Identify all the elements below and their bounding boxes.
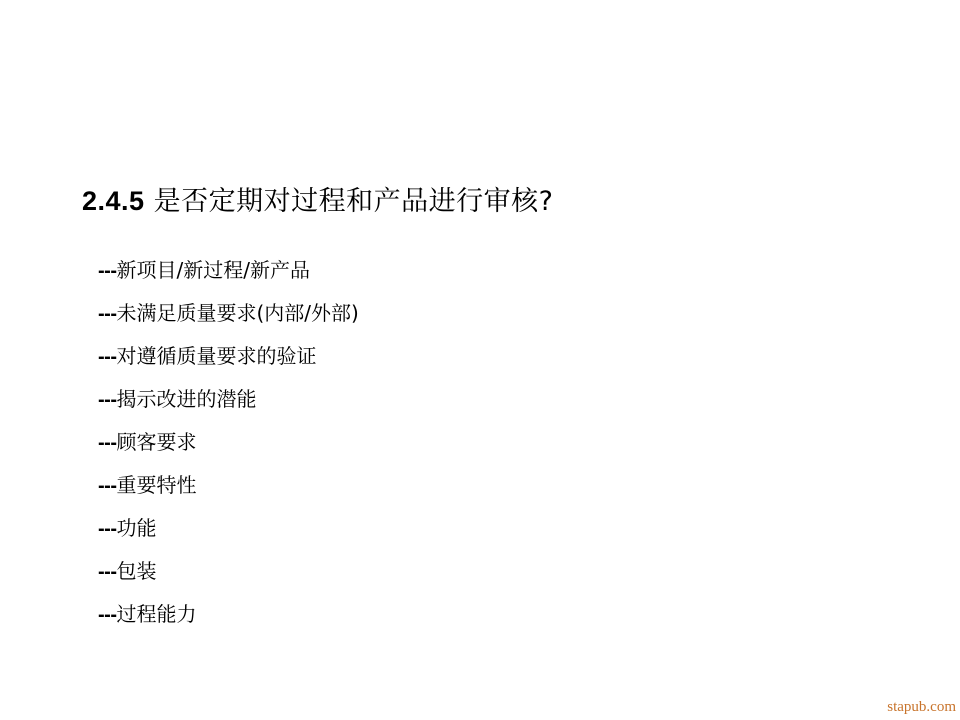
list-item: ---顾客要求 [98,426,359,469]
list-item-label: 新项目/新过程/新产品 [116,258,309,282]
list-item-label: 未满足质量要求(内部/外部) [116,301,358,325]
dash-prefix: --- [98,389,116,411]
list-item-label: 顾客要求 [116,430,196,454]
dash-prefix: --- [98,303,116,325]
dash-prefix: --- [98,518,116,540]
list-item: ---过程能力 [98,598,359,641]
list-item: ---对遵循质量要求的验证 [98,340,359,383]
list-item: ---未满足质量要求(内部/外部) [98,297,359,340]
dash-prefix: --- [98,561,116,583]
watermark: stapub.com [887,699,956,716]
dash-prefix: --- [98,346,116,368]
list-item: ---包装 [98,555,359,598]
dash-prefix: --- [98,604,116,626]
list-item-label: 对遵循质量要求的验证 [116,344,316,368]
list-item: ---功能 [98,512,359,555]
list-item-label: 包装 [116,559,156,583]
bullet-list: ---新项目/新过程/新产品 ---未满足质量要求(内部/外部) ---对遵循质… [98,254,359,641]
slide-title: 2.4.5 是否定期对过程和产品进行审核? [82,181,554,222]
list-item: ---新项目/新过程/新产品 [98,254,359,297]
list-item-label: 揭示改进的潜能 [116,387,256,411]
slide: 2.4.5 是否定期对过程和产品进行审核? ---新项目/新过程/新产品 ---… [0,0,960,720]
dash-prefix: --- [98,260,116,282]
list-item-label: 功能 [116,516,156,540]
list-item-label: 重要特性 [116,473,196,497]
section-number: 2.4.5 [82,186,145,216]
dash-prefix: --- [98,432,116,454]
list-item-label: 过程能力 [116,602,196,626]
title-text: 是否定期对过程和产品进行审核? [154,186,554,217]
list-item: ---重要特性 [98,469,359,512]
list-item: ---揭示改进的潜能 [98,383,359,426]
dash-prefix: --- [98,475,116,497]
